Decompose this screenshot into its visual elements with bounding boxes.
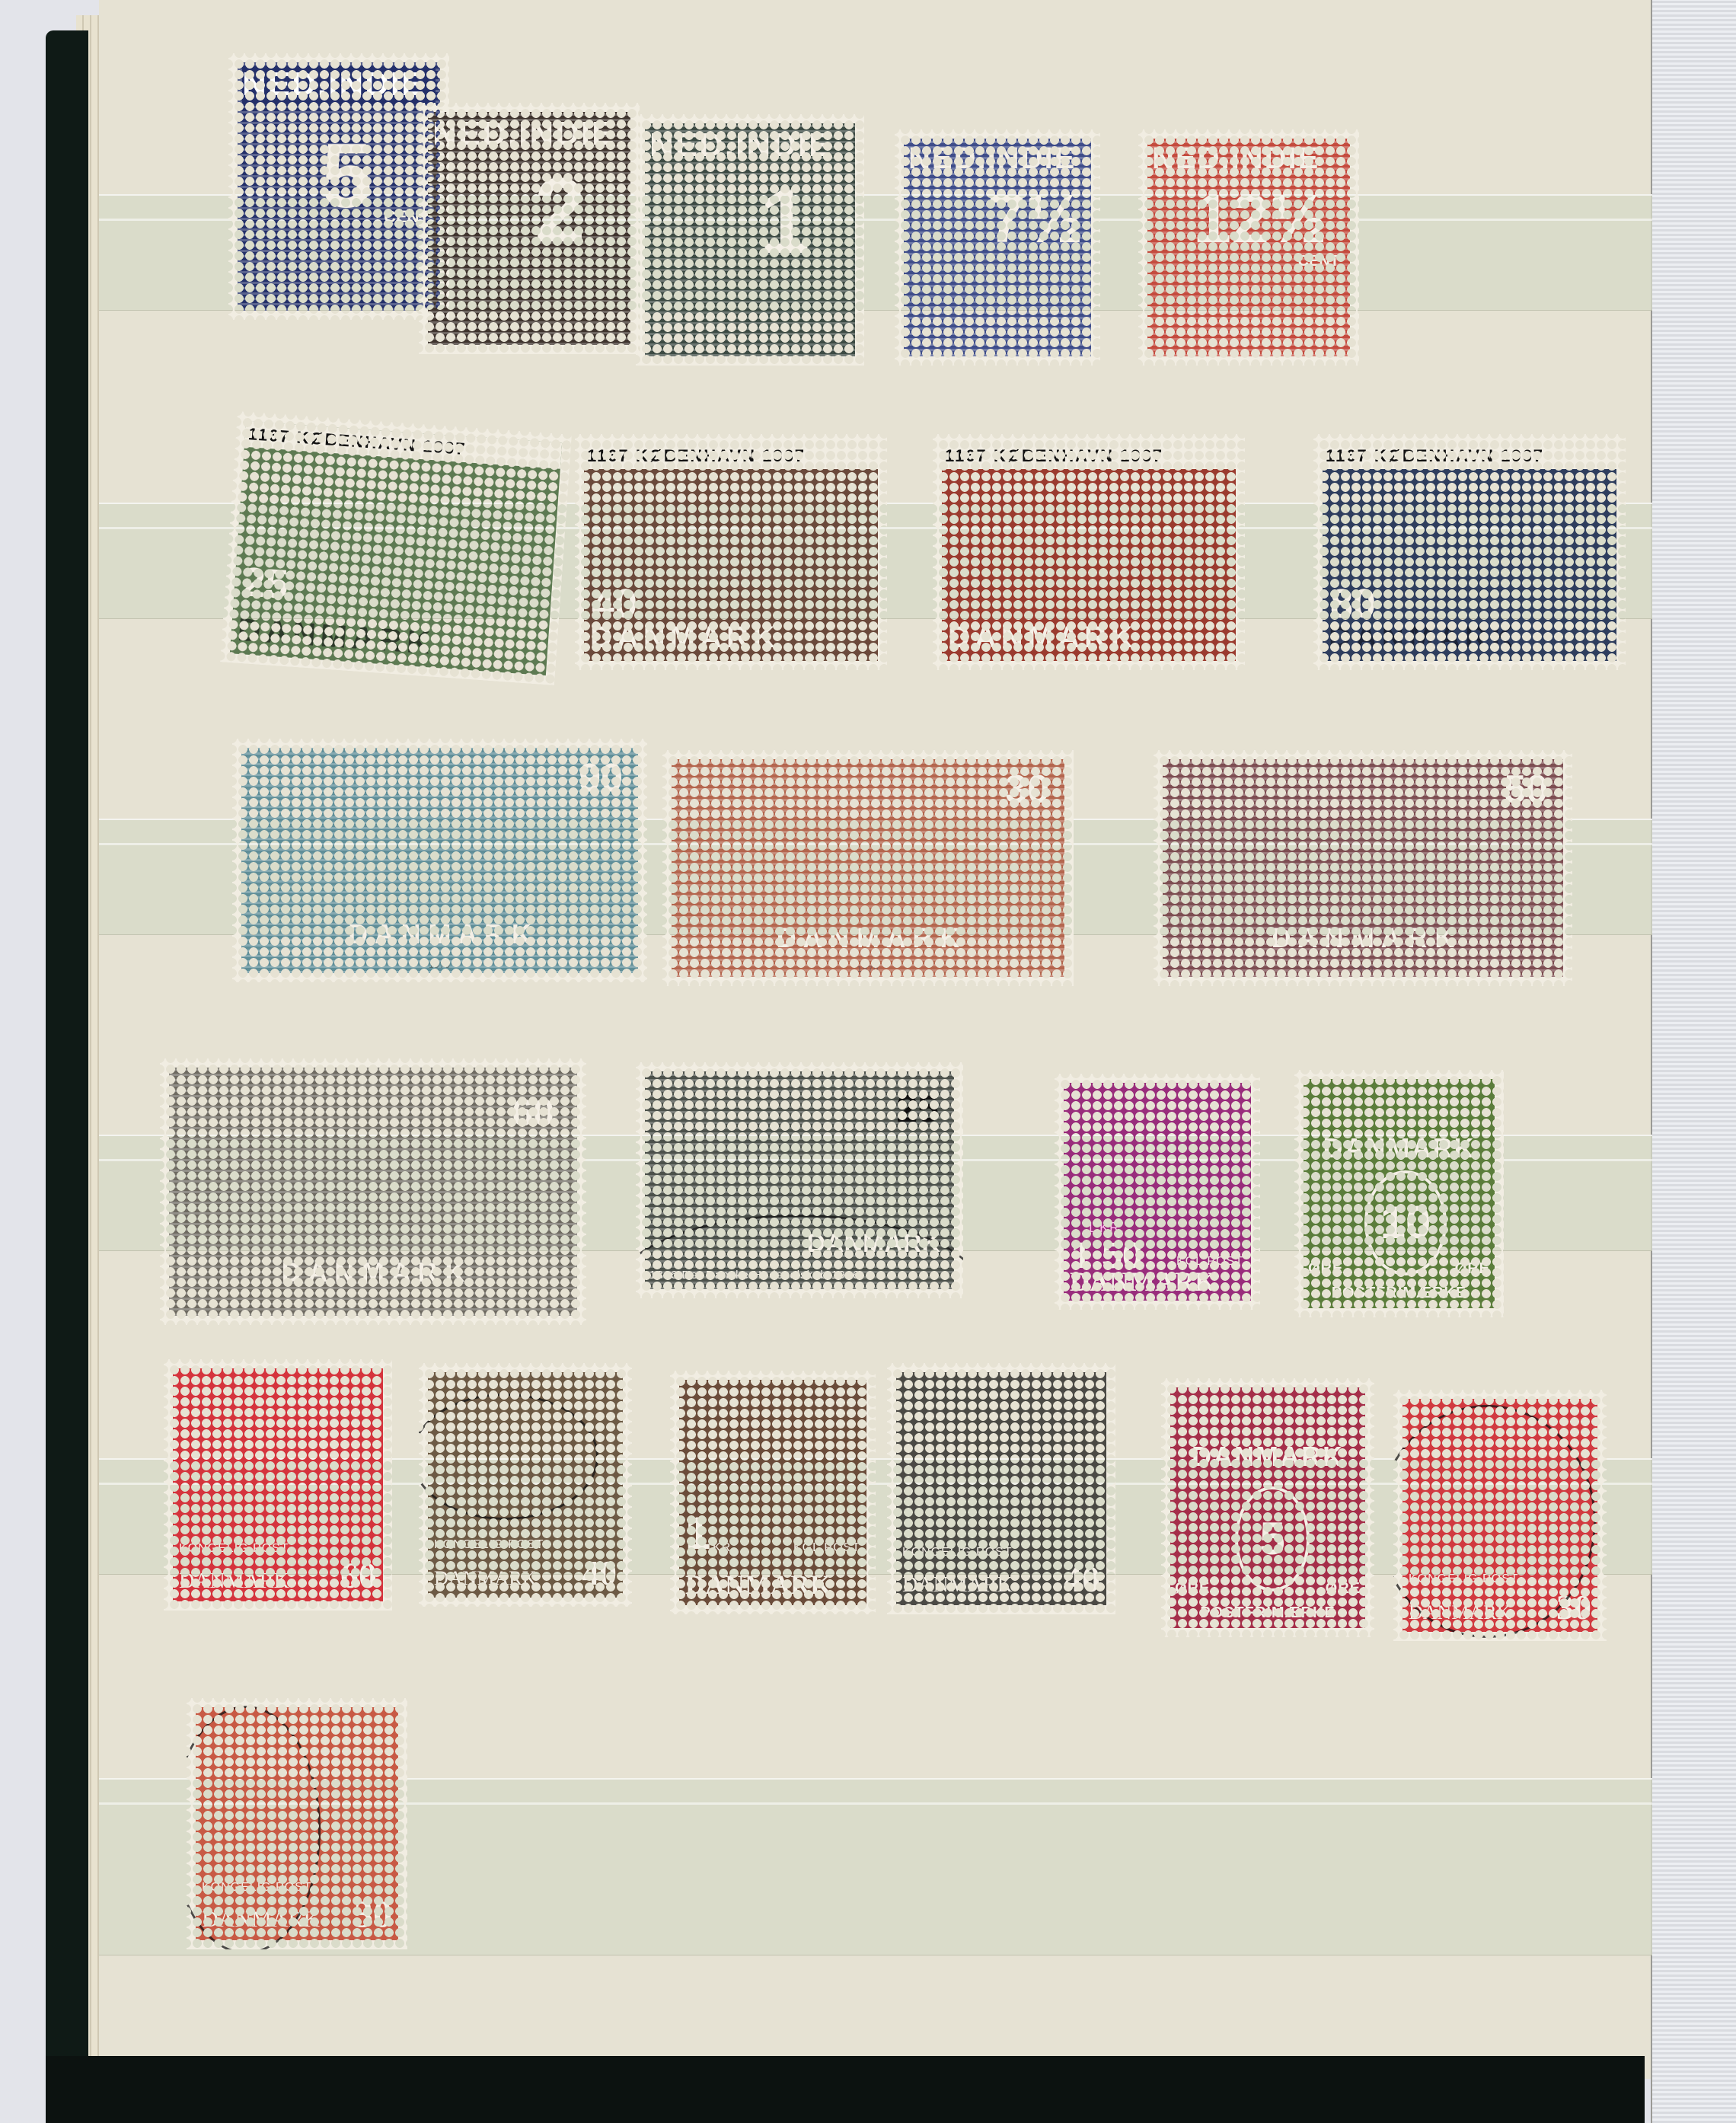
stamp-country: DANMARK (1175, 1441, 1361, 1473)
stamp-value: 12½ (1193, 180, 1326, 259)
stamp-danmark-king[interactable]: KONGELIG POST DANMARK 60 (164, 1359, 392, 1611)
stamp-country: D A N M A R K (247, 918, 632, 950)
stamp-year: 1970 (241, 961, 638, 970)
stamp-face: 1167 KØBENHAVN 1967 25 DANMARK (230, 421, 562, 675)
stamp-unit: CENT (1298, 253, 1339, 270)
stamp-danmark-wavy-lines[interactable]: DANMARK 5 ØRE ØRE POSTFRIMÆRKE (1161, 1378, 1374, 1637)
stamp-face: KONGELIG POST DANMARK 30 (196, 1707, 398, 1940)
stamp-header: 1167 KØBENHAVN 1967 (942, 443, 1236, 469)
stamp-header: 1167 KØBENHAVN 1967 (1323, 443, 1616, 469)
stamp-value: 40 (582, 1553, 617, 1593)
stamp-label: KGL.POST (793, 1541, 860, 1555)
stamp-year: 1970 (672, 965, 1064, 974)
stamp-danmark-lions[interactable]: 1 KR. KGL.POST DANMARK (670, 1371, 876, 1614)
stamp-danmark-ship[interactable]: 30 D A N M A R K 1970 (662, 750, 1074, 986)
stamp-face: 30 D A N M A R K 1970 (672, 759, 1064, 977)
stamp-country: DANMARK (685, 1569, 860, 1601)
stamp-value: 25 (241, 558, 289, 608)
stamp-country: NED.INDIE (649, 126, 850, 164)
stamp-bottom: POSTFRIMÆRKE (1173, 1604, 1362, 1622)
stamp-face: 1167 KØBENHAVN 1967 80 DANMARK (1323, 443, 1616, 661)
stamp-label-right: ØRE (1326, 1580, 1361, 1598)
stamp-ned-indie[interactable]: NED.INDIE 7½ (895, 129, 1100, 366)
stamp-label: KONGELIG POST (202, 1881, 312, 1895)
stamp-face: KONGELIG POST DANMARK 60 (173, 1368, 383, 1601)
stamp-country: DANMARK (1329, 621, 1610, 655)
stamp-value: 30 (1556, 1587, 1591, 1627)
stamp-country: DANMARK (236, 611, 542, 669)
stamp-face: NED.INDIE 12½ CENT (1147, 139, 1350, 356)
stamp-label-right: ØRE (1455, 1260, 1490, 1278)
stamp-ned-indie[interactable]: NED.INDIE 12½ CENT (1138, 129, 1359, 366)
stamp-face: 60 D A N M A R K 1970 (169, 1068, 577, 1316)
stamp-danmark-king[interactable]: KONGELIG POST DANMARK 30 (1393, 1390, 1607, 1641)
stamp-label: KONGELIG POST (179, 1542, 289, 1556)
stamp-year: 1970 (1163, 965, 1563, 974)
stamp-value: 30 (354, 1892, 392, 1936)
stamp-face: 1167 KØBENHAVN 1967 40 DANMARK (584, 443, 878, 661)
stamp-face: DANMARK 10 ØRE ØRE POSTFRIMÆRKE (1304, 1079, 1495, 1308)
stamp-value: 5 (1235, 1486, 1310, 1591)
album-cover (46, 30, 88, 2102)
stamp-label: KONGELIG POST (1409, 1572, 1519, 1586)
stamp-country: DANMARK (1070, 1266, 1245, 1298)
stamp-kobenhavn-1967[interactable]: 1167 KØBENHAVN 1967 DANMARK (933, 434, 1245, 670)
stamp-face: NED.INDIE 2 (428, 112, 630, 345)
stamp-face: KONGELIG POST DANMARK 40 (896, 1372, 1106, 1605)
stamp-face: NED.INDIE 5 CENT (238, 62, 440, 311)
stamp-label: KONGELIG POST (902, 1546, 1013, 1560)
stamp-country: DANMARK (948, 621, 1230, 655)
stamp-ned-indie[interactable]: NED.INDIE 5 CENT (228, 53, 449, 320)
stamp-value: 60 (340, 1555, 377, 1597)
stamp-face: DANMARK 5 ØRE ØRE POSTFRIMÆRKE (1170, 1387, 1365, 1628)
stamp-kobenhavn-1967[interactable]: 1167 KØBENHAVN 1967 25 DANMARK (220, 411, 572, 685)
stamp-value: 90 (579, 755, 623, 801)
stamp-value: 5 (321, 123, 372, 228)
stamp-country: DANMARK (1308, 1132, 1490, 1164)
stamp-value: 10 (1364, 1170, 1447, 1275)
stamp-danmark-king[interactable]: KONGELIG POST DANMARK 30 (187, 1698, 407, 1949)
stamp-face: 1167 KØBENHAVN 1967 DANMARK (942, 443, 1236, 661)
stamp-danmark-king[interactable]: KONGELIG POST DANMARK 40 (887, 1363, 1115, 1614)
stamp-country: NED.INDIE (242, 65, 436, 104)
stamp-inscription: 1866 Det Danske Hedeselskab 1966 (649, 1269, 860, 1282)
stamp-value: 60 (512, 1090, 554, 1135)
stamp-unit: 1 KR. (1087, 1220, 1125, 1236)
stamp-country: NED.INDIE (908, 142, 1087, 176)
stamp-unit: KR. (713, 1541, 736, 1555)
stamp-country: NED.INDIE (1152, 142, 1345, 176)
stamp-ned-indie[interactable]: NED.INDIE 2 (419, 103, 640, 354)
stamp-country: D A N M A R K (678, 922, 1058, 954)
stamp-danmark-hedeselskab[interactable]: 25 DANMARK 1866 Det Danske Hedeselskab 1… (636, 1062, 963, 1298)
stamp-value: 7½ (988, 180, 1083, 259)
stamp-kobenhavn-1967[interactable]: 1167 KØBENHAVN 1967 40 DANMARK (575, 434, 887, 670)
stamp-value: 1 (685, 1507, 710, 1560)
stamp-kobenhavn-1967[interactable]: 1167 KØBENHAVN 1967 80 DANMARK (1313, 434, 1626, 670)
stamp-value: 50 (1504, 767, 1548, 812)
stamp-face: NED.INDIE 1 (645, 123, 855, 356)
album-spine (1651, 0, 1736, 2123)
stamp-face: 25 DANMARK 1866 Det Danske Hedeselskab 1… (645, 1071, 954, 1289)
stamp-label: KONGELIG POST (434, 1538, 544, 1552)
stamp-country: DANMARK (806, 1229, 940, 1259)
stamp-country: NED.INDIE (432, 115, 626, 153)
stamp-face: 1 KR. 1.50 KGL.POST DANMARK (1064, 1083, 1251, 1301)
stamp-bottom: POSTFRIMÆRKE (1307, 1285, 1492, 1302)
stamp-value: 2 (535, 158, 586, 263)
stamp-header: 1167 KØBENHAVN 1967 (584, 443, 878, 469)
stamp-value: 30 (1005, 767, 1049, 812)
stamp-label-left: ØRE (1175, 1580, 1210, 1598)
stamp-danmark-lions[interactable]: 1 KR. 1.50 KGL.POST DANMARK (1055, 1074, 1260, 1310)
stamp-face: 1 KR. KGL.POST DANMARK (679, 1380, 866, 1605)
stamp-danmark-ship[interactable]: 50 D A N M A R K 1970 (1154, 750, 1572, 986)
stamp-face: 90 D A N M A R K 1970 (241, 748, 638, 973)
stamp-country: D A N M A R K (175, 1256, 571, 1288)
stamp-face: KONGELIG POST DANMARK 30 (1403, 1399, 1597, 1632)
album-cover-bottom (46, 2056, 1645, 2123)
stamp-danmark-king[interactable]: KONGELIG POST DANMARK 40 (419, 1363, 632, 1607)
stamp-danmark-wavy-lines[interactable]: DANMARK 10 ØRE ØRE POSTFRIMÆRKE (1294, 1070, 1504, 1317)
stamp-face: KONGELIG POST DANMARK 40 (428, 1372, 623, 1598)
stamp-danmark-ship[interactable]: 90 D A N M A R K 1970 (232, 739, 647, 982)
stamp-face: 50 D A N M A R K 1970 (1163, 759, 1563, 977)
stamp-value: 25 (896, 1087, 939, 1131)
stamp-label-left: ØRE (1308, 1260, 1343, 1278)
stamp-year: 1970 (169, 1302, 577, 1311)
stamp-value: 1 (759, 169, 810, 274)
stamp-country: D A N M A R K (1169, 922, 1557, 954)
stamp-ned-indie[interactable]: NED.INDIE 1 (636, 114, 864, 366)
stamp-face: NED.INDIE 7½ (904, 139, 1091, 356)
stamp-country: DANMARK (590, 621, 872, 655)
stamp-danmark-schooner[interactable]: 60 D A N M A R K 1970 (160, 1058, 586, 1325)
stamp-value: 40 (1064, 1559, 1100, 1601)
